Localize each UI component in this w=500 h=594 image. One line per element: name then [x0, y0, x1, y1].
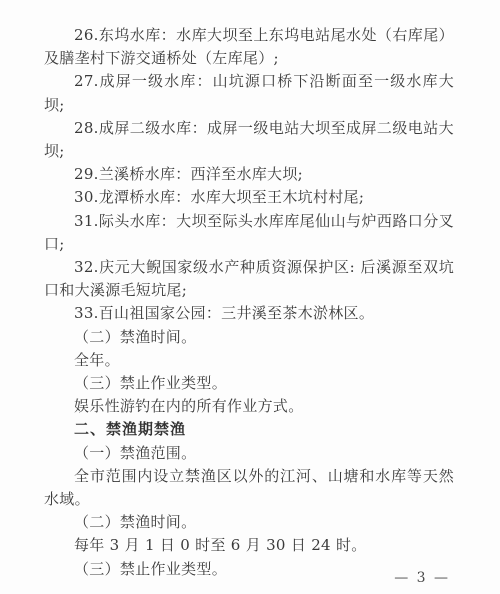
- document-body: 26.东坞水库：水库大坝至上东坞电站尾水处（右库尾）及膳垄村下游交通桥处（左库尾…: [44, 24, 454, 581]
- list-item-33-baishanzu-national-park: 33.百山祖国家公园：三井溪至茶木淤林区。: [44, 302, 454, 325]
- list-item-31-jitou-reservoir: 31.际头水库：大坝至际头水库库尾仙山与炉西路口分叉口;: [44, 210, 454, 256]
- document-page: 26.东坞水库：水库大坝至上东坞电站尾水处（右库尾）及膳垄村下游交通桥处（左库尾…: [0, 0, 500, 594]
- ban-time-value-dates: 每年 3 月 1 日 0 时至 6 月 30 日 24 时。: [44, 534, 454, 557]
- subsection-2-ban-time-label-2: （二）禁渔时间。: [44, 511, 454, 534]
- list-item-27-chengping-level1-reservoir: 27.成屏一级水库：山坑源口桥下沿断面至一级水库大坝;: [44, 70, 454, 116]
- ban-time-value-all-year: 全年。: [44, 349, 454, 372]
- ban-scope-value: 全市范围内设立禁渔区以外的江河、山塘和水库等天然水域。: [44, 465, 454, 511]
- list-item-30-longtanqiao-reservoir: 30.龙潭桥水库：水库大坝至王木坑村村尾;: [44, 186, 454, 209]
- subsection-3-banned-operation-types-label: （三）禁止作业类型。: [44, 372, 454, 395]
- subsection-3-banned-operation-types-label-2: （三）禁止作业类型。: [44, 558, 454, 581]
- list-item-32-giant-salamander-reserve: 32.庆元大鲵国家级水产种质资源保护区: 后溪源至双坑口和大溪源毛短坑尾;: [44, 256, 454, 302]
- subsection-1-ban-scope-label: （一）禁渔范围。: [44, 442, 454, 465]
- list-item-29-lanxiqiao-reservoir: 29.兰溪桥水库：西洋至水库大坝;: [44, 163, 454, 186]
- list-item-28-chengping-level2-reservoir: 28.成屏二级水库：成屏一级电站大坝至成屏二级电站大坝;: [44, 117, 454, 163]
- subsection-2-ban-time-label: （二）禁渔时间。: [44, 326, 454, 349]
- list-item-26-dongwu-reservoir: 26.东坞水库：水库大坝至上东坞电站尾水处（右库尾）及膳垄村下游交通桥处（左库尾…: [44, 24, 454, 70]
- banned-operation-types-value: 娱乐性游钓在内的所有作业方式。: [44, 395, 454, 418]
- page-footer: — 3 —: [394, 570, 450, 586]
- section-heading-2-fishing-ban-period: 二、禁渔期禁渔: [44, 418, 454, 441]
- page-number: — 3 —: [394, 570, 450, 586]
